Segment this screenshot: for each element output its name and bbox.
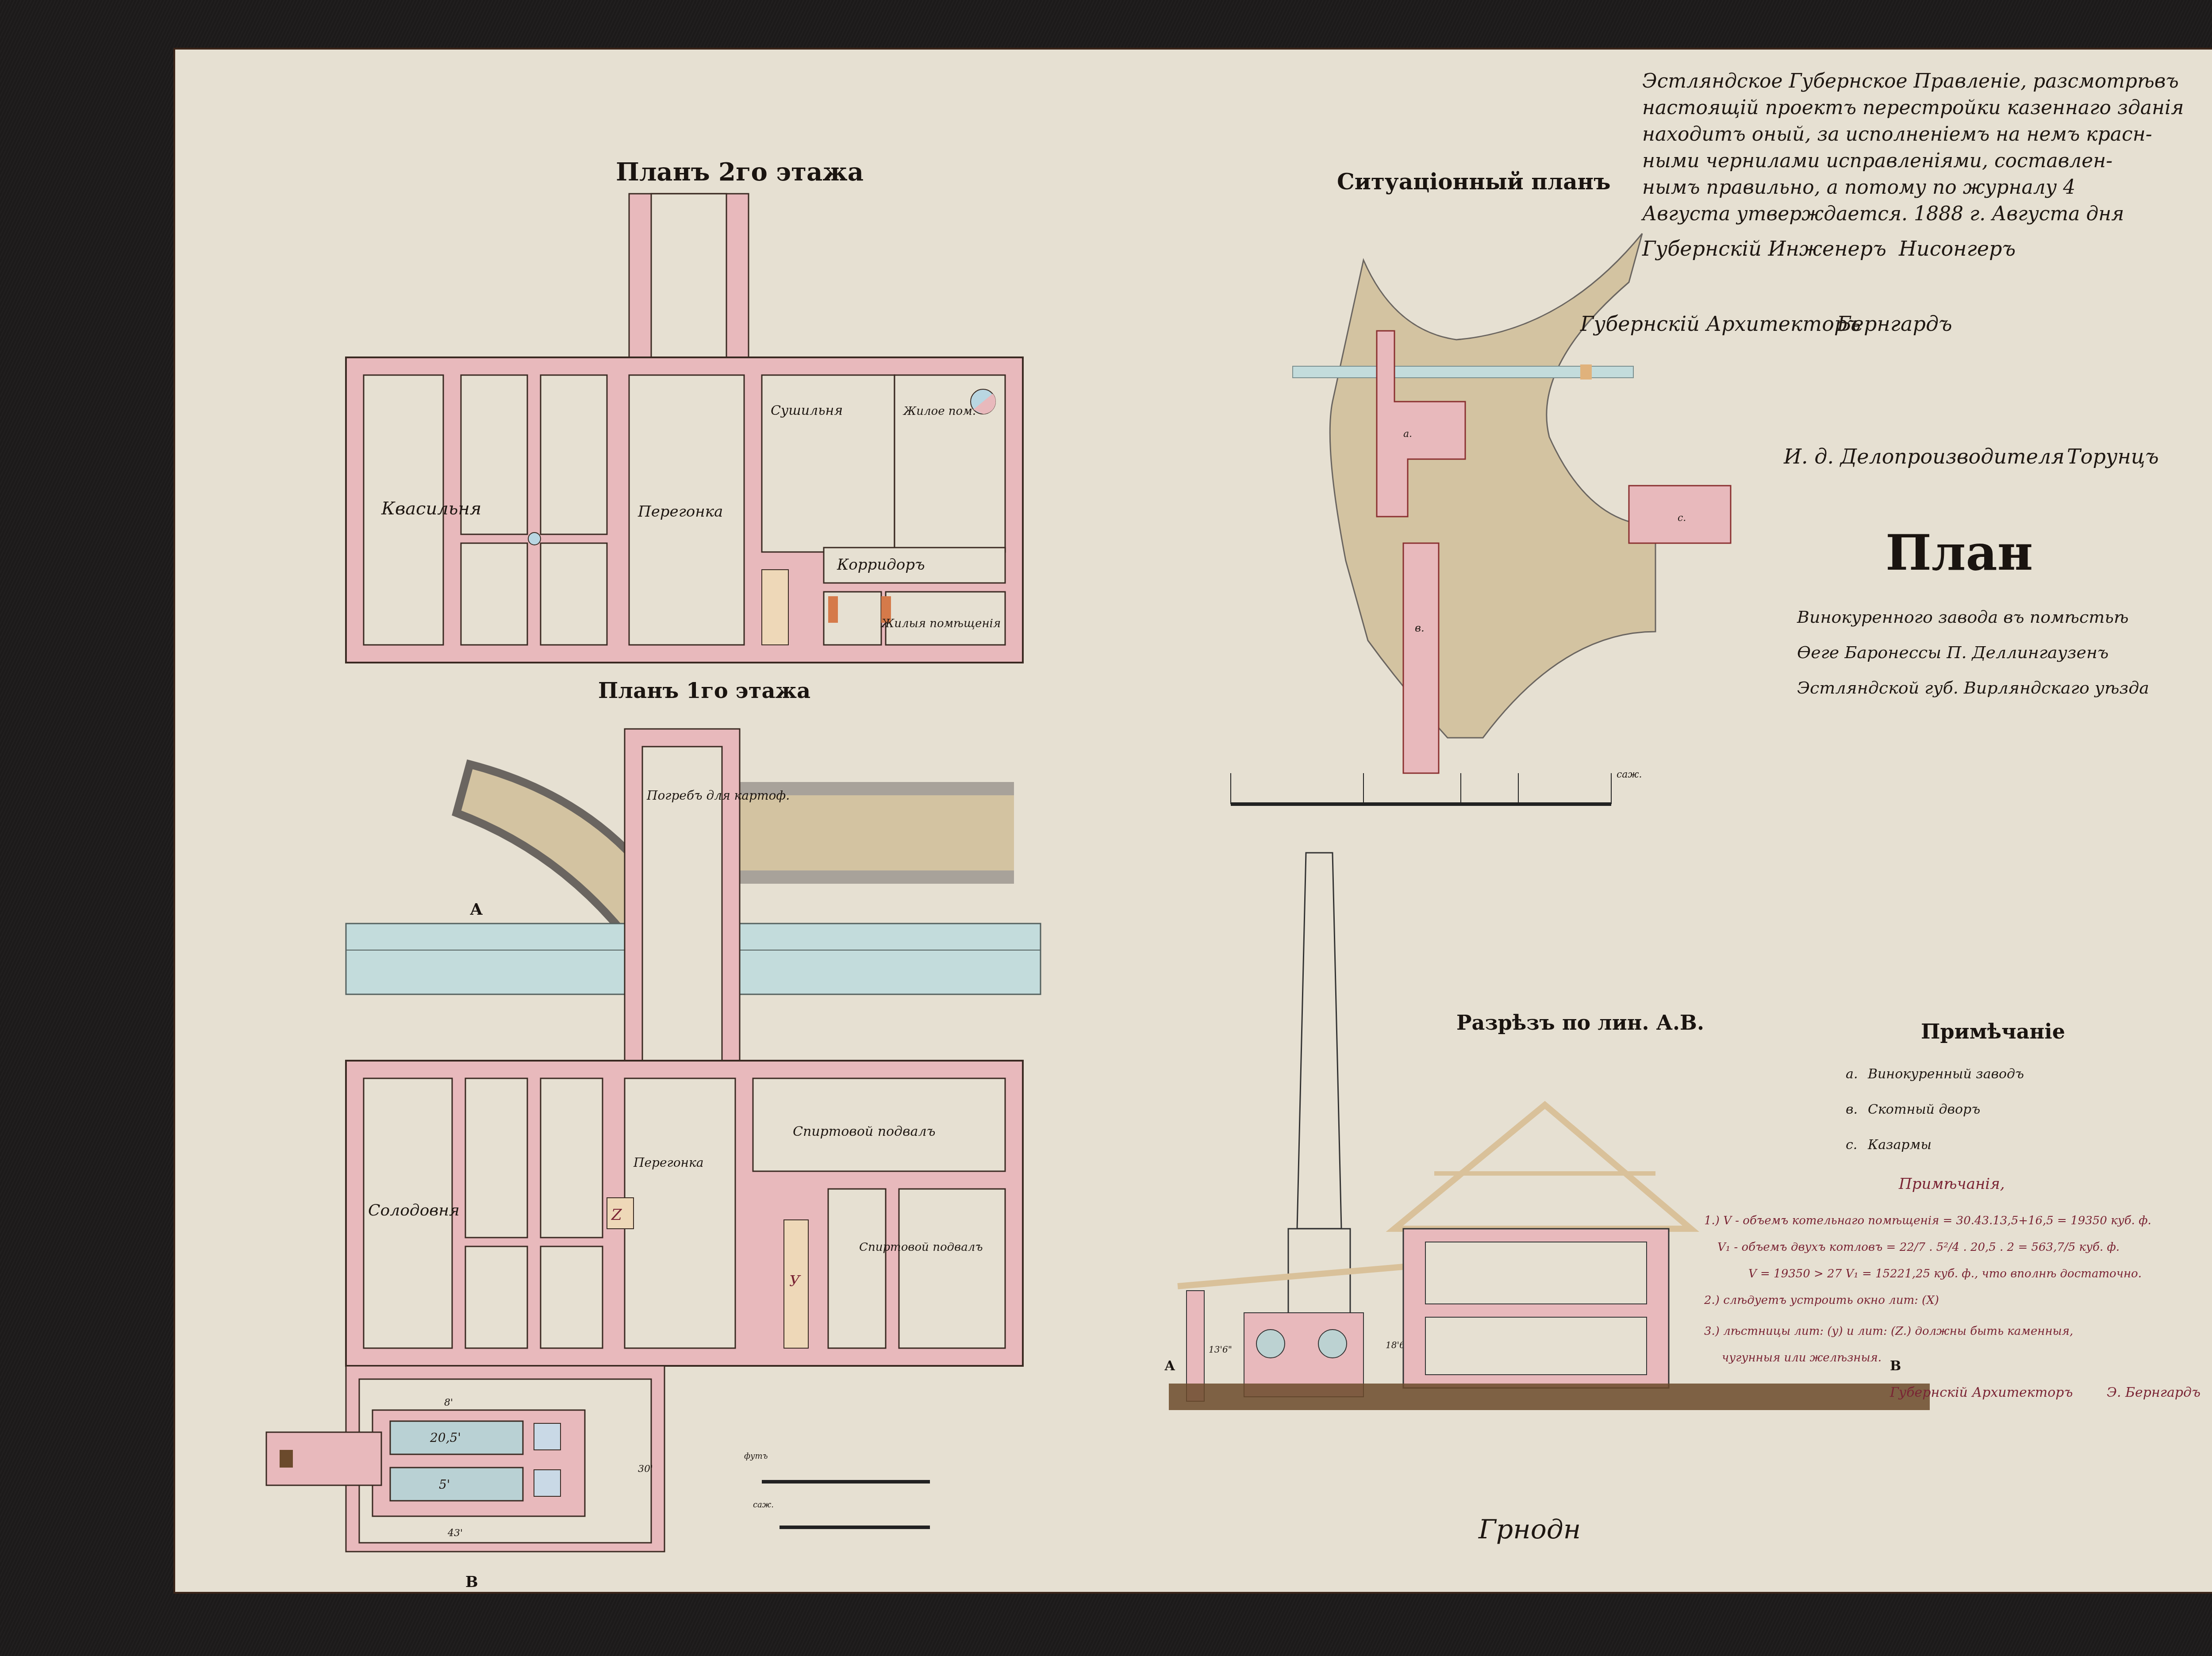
room-label: Жилыя помѣщенія	[880, 617, 1001, 630]
legend-text: Скотный дворъ	[1868, 1102, 1980, 1117]
room-label: Корридоръ	[837, 556, 925, 574]
notes-signature-name: Э. Бернгардъ	[2107, 1385, 2200, 1400]
room-label: Квасильня	[381, 498, 481, 519]
floor2-title: Планъ 2го этажа	[616, 157, 864, 187]
note-line: V = 19350 > 27 V₁ = 15221,25 куб. ф., чт…	[1748, 1267, 2142, 1280]
section-marker-a: А	[1164, 1358, 1175, 1374]
dim-diameter: 5'	[439, 1477, 450, 1492]
signature-name: Торунцъ	[2067, 445, 2159, 468]
situation-scale-unit: саж.	[1617, 769, 1642, 780]
floor2-plan: Планъ 2го этажа Квасильня Перегонка Суши…	[346, 157, 1023, 663]
room-label: Солодовня	[368, 1201, 460, 1219]
subtitle-line: Ѳеге Баронессы П. Деллингаузенъ	[1797, 643, 2108, 662]
notes-signature-role: Губернскій Архитекторъ	[1889, 1385, 2073, 1400]
room-label: Спиртовой подвалъ	[793, 1124, 936, 1139]
legend-key: с.	[1846, 1137, 1857, 1153]
note-line: V₁ - объемъ двухъ котловъ = 22/7 . 5²/4 …	[1717, 1241, 2120, 1254]
signature-role: Губернскій Инженеръ	[1642, 237, 1886, 261]
dim-width: 43'	[447, 1528, 463, 1539]
notes-block: Примѣчанія, 1.) V - объемъ котельнаго по…	[1704, 1175, 2200, 1400]
dim-gap: 8'	[444, 1397, 453, 1408]
approval-line: находитъ оный, за исполненіемъ на немъ к…	[1642, 123, 2152, 146]
legend-key: в.	[1846, 1102, 1858, 1117]
section-marker-b: В	[465, 1573, 478, 1591]
title-block: План Винокуренного завода въ помѣстьѣ Ѳе…	[1797, 524, 2149, 698]
drawing-sheet: Планъ 2го этажа Квасильня Перегонка Суши…	[173, 48, 2212, 1594]
building-label-c: с.	[1678, 513, 1686, 524]
approval-line: настоящій проектъ перестройки казеннаго …	[1642, 96, 2184, 119]
situation-scale-bar: саж.	[1231, 769, 1642, 804]
scale-bars: футъ саж.	[744, 1452, 930, 1527]
room-label: Спиртовой подвалъ	[859, 1241, 983, 1254]
document-title: План	[1886, 524, 2033, 581]
room-label: Сушильня	[771, 403, 843, 418]
subtitle-line: Винокуренного завода въ помѣстьѣ	[1797, 607, 2129, 627]
notes-title: Примѣчанія,	[1898, 1175, 2005, 1193]
section-marker-a: А	[470, 900, 483, 919]
room-label: Погребъ для картоф.	[646, 788, 790, 803]
sazhen-scale-unit: саж.	[753, 1500, 774, 1510]
section-title: Разрѣзъ по лин. А.В.	[1456, 1011, 1704, 1035]
dim-length: 20,5'	[430, 1430, 461, 1445]
building-label-a: а.	[1403, 429, 1412, 440]
signature-name: Бернгардъ	[1836, 312, 1952, 336]
footer-signature: Грнодн	[1478, 1514, 1581, 1545]
legend-text: Казармы	[1867, 1137, 1932, 1153]
floor1-title: Планъ 1го этажа	[598, 678, 810, 703]
stair-mark-z: Z	[611, 1206, 622, 1224]
room-label: Перегонка	[633, 1155, 703, 1170]
legend-key: а.	[1846, 1066, 1858, 1082]
legend-block: Примѣчаніе а. Винокуренный заводъ в. Ско…	[1846, 1020, 2065, 1153]
approval-line: нымъ правильно, а потому по журналу 4	[1642, 176, 2075, 199]
note-line: 2.) слѣдуетъ устроить окно лит: (X)	[1704, 1294, 1939, 1307]
section-dim-left: 13'6"	[1209, 1344, 1232, 1355]
room-label: Перегонка	[637, 503, 723, 521]
approval-line: Эстляндское Губернское Правленіе, разсмо…	[1642, 70, 2179, 92]
section-marker-b: В	[1890, 1358, 1901, 1374]
subtitle-line: Эстляндской губ. Вирляндскаго уѣзда	[1797, 678, 2149, 698]
situation-title: Ситуаціонный планъ	[1337, 169, 1611, 195]
building-label-b: в.	[1415, 622, 1425, 634]
approval-line: Августа утверждается. 1888 г. Августа дн…	[1641, 203, 2124, 225]
note-line: 3.) лѣстницы лит: (у) и лит: (Z.) должны…	[1704, 1325, 2073, 1338]
signature-role: Губернскій Архитекторъ	[1580, 312, 1861, 336]
note-line: чугунныя или желѣзныя.	[1722, 1351, 1882, 1365]
floor1-plan: Планъ 1го этажа А Погребъ для картоф. Z …	[266, 678, 1041, 1591]
legend-text: Винокуренный заводъ	[1867, 1066, 2024, 1082]
room-label: Жилое пом.	[902, 405, 976, 418]
stair-mark-y: У	[789, 1273, 801, 1290]
note-line: 1.) V - объемъ котельнаго помѣщенія = 30…	[1704, 1214, 2151, 1227]
approval-block: Эстляндское Губернское Правленіе, разсмо…	[1580, 70, 2184, 468]
approval-line: ными чернилами исправленіями, составлен-	[1642, 149, 2112, 172]
legend-title: Примѣчаніе	[1921, 1020, 2065, 1043]
feet-scale-unit: футъ	[744, 1452, 768, 1461]
signature-name: Нисонгеръ	[1898, 237, 2016, 261]
dim-height: 30'	[638, 1464, 653, 1475]
signature-role: И. д. Делопроизводителя	[1783, 445, 2065, 468]
